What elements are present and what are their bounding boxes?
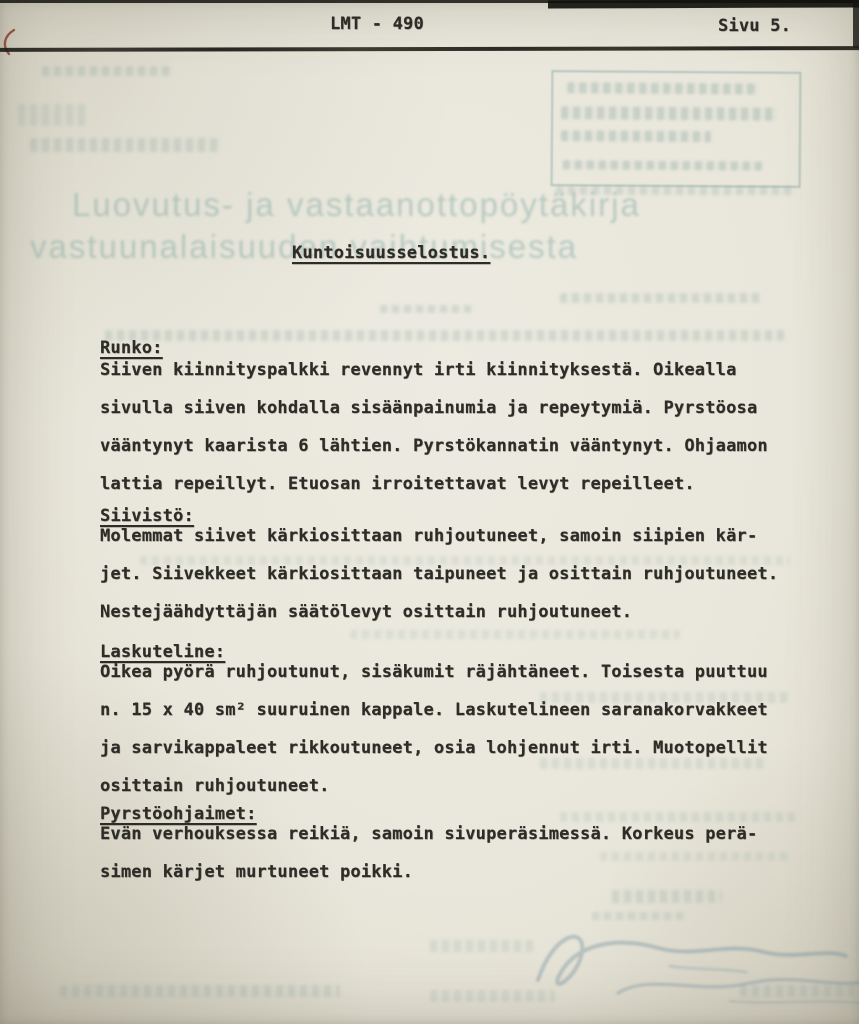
ghost-marks bbox=[30, 138, 220, 152]
stamp-text-row bbox=[561, 106, 777, 121]
section-heading-laskuteline: Laskuteline: bbox=[100, 642, 225, 662]
body-line: jet. Siivekkeet kärkiosittaan taipuneet … bbox=[100, 564, 778, 584]
ghost-signature-2 bbox=[610, 965, 859, 1010]
ghost-text-row bbox=[60, 985, 340, 997]
body-line: Nestejäähdyttäjän säätölevyt osittain ru… bbox=[100, 602, 632, 622]
stamp-text-row bbox=[567, 82, 757, 94]
body-line: vääntynyt kaarista 6 lähtien. Pyrstökann… bbox=[100, 436, 768, 456]
ghost-text-row bbox=[560, 812, 795, 822]
body-line: Oikea pyörä ruhjoutunut, sisäkumit räjäh… bbox=[100, 662, 768, 682]
document-number: LMT - 490 bbox=[330, 14, 424, 34]
body-line: simen kärjet murtuneet poikki. bbox=[100, 862, 413, 882]
body-line: n. 15 x 40 sm² suuruinen kappale. Laskut… bbox=[100, 700, 768, 720]
section-heading-siivisto: Siivistö: bbox=[100, 506, 194, 526]
scan-edge-right bbox=[853, 0, 859, 48]
section-heading-runko: Runko: bbox=[100, 338, 163, 358]
ghost-text-row bbox=[540, 758, 765, 769]
ghost-marks bbox=[42, 66, 172, 76]
ghost-text-row bbox=[560, 293, 760, 303]
scanned-document-page: LMT - 490 Sivu 5. Luovutus- ja vastaanot… bbox=[0, 0, 859, 1024]
body-line: Molemmat siivet kärkiosittaan ruhjoutune… bbox=[100, 526, 757, 546]
body-line: Evän verhouksessa reikiä, samoin sivuper… bbox=[100, 824, 757, 844]
stamp-box bbox=[551, 70, 802, 188]
body-line: ja sarvikappaleet rikkoutuneet, osia loh… bbox=[100, 738, 768, 758]
ghost-text-row bbox=[540, 692, 790, 703]
bleedthrough-line-1: Luovutus- ja vastaanottopöytäkirja bbox=[72, 186, 641, 224]
document-title: Kuntoisuusselostus. bbox=[292, 243, 490, 263]
ghost-text-row bbox=[600, 852, 790, 861]
stamp-text-row bbox=[563, 160, 763, 170]
pen-mark bbox=[0, 28, 18, 58]
scan-edge-top-right bbox=[548, 0, 859, 9]
ghost-date bbox=[612, 890, 722, 903]
page-number: Sivu 5. bbox=[718, 16, 791, 36]
body-line: lattia repeillyt. Etuosan irroitettavat … bbox=[100, 474, 695, 494]
header-rule bbox=[0, 46, 859, 52]
ghost-text-row bbox=[140, 556, 790, 565]
ghost-text-row bbox=[350, 630, 680, 639]
body-line: Siiven kiinnityspalkki revennyt irti kii… bbox=[100, 360, 737, 380]
body-line: osittain ruhjoutuneet. bbox=[100, 776, 330, 796]
ghost-marks bbox=[18, 104, 88, 126]
ghost-text-row bbox=[380, 305, 475, 313]
ghost-text-row bbox=[105, 330, 785, 341]
body-line: sivulla siiven kohdalla sisäänpainumia j… bbox=[100, 398, 757, 418]
section-heading-pyrstoohjaimet: Pyrstöohjaimet: bbox=[100, 804, 257, 824]
stamp-text-row bbox=[561, 130, 711, 142]
